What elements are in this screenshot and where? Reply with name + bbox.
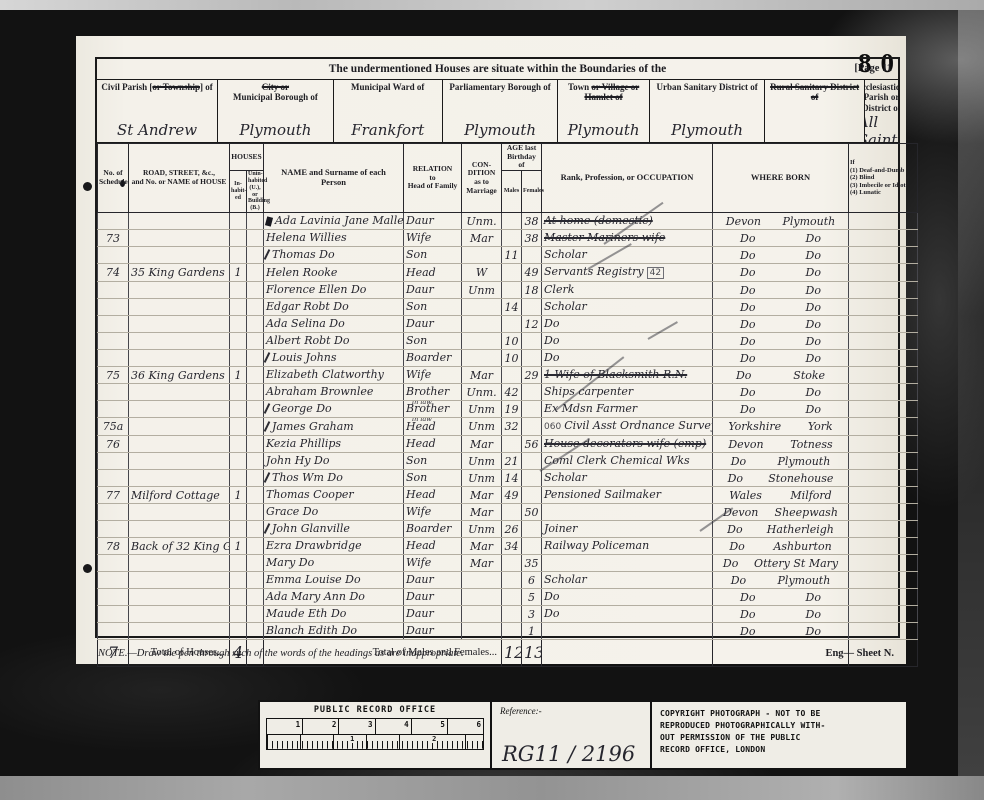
cell-name: John Glanville	[264, 521, 404, 538]
cell-occupation	[542, 504, 713, 521]
cell-relation: Head	[404, 487, 462, 504]
cell-where-born: DoHatherleigh	[713, 521, 849, 538]
cell-condition	[462, 299, 502, 316]
cell-infirmity	[849, 589, 918, 606]
header-occupation: Rank, Profession, or OCCUPATION	[542, 144, 713, 213]
cell-schedule	[98, 572, 129, 589]
scanned-census-page: 80 The undermentioned Houses are situate…	[0, 0, 984, 800]
cell-condition: Mar	[462, 367, 502, 384]
cell-name: Ada Lavinia Jane Mallett	[264, 213, 404, 230]
pro-title: PUBLIC RECORD OFFICE	[266, 705, 484, 715]
cell-uninhabited	[247, 470, 264, 487]
cell-relation: Wife	[404, 367, 462, 384]
cell-name: Emma Louise Do	[264, 572, 404, 589]
cell-age-female: 38	[522, 230, 542, 247]
cell-inhabited	[230, 555, 247, 572]
cell-condition: Unm	[462, 418, 502, 436]
cell-occupation: 060Civil Asst Ordnance Survey	[542, 418, 713, 436]
cell-schedule	[98, 384, 129, 401]
cell-name: James Graham	[264, 418, 404, 436]
cell-condition	[462, 572, 502, 589]
cell-road	[129, 299, 230, 316]
cell-infirmity	[849, 453, 918, 470]
civil-parish-label: Civil Parish [or Township] of	[101, 82, 212, 92]
cell-condition	[462, 247, 502, 264]
cell-name: Edgar Robt Do	[264, 299, 404, 316]
cell-relation: Daur	[404, 213, 462, 230]
cell-uninhabited	[247, 555, 264, 572]
cell-where-born: DoDo	[713, 589, 849, 606]
cell-infirmity	[849, 213, 918, 230]
cell-inhabited	[230, 418, 247, 436]
census-row: John Hy Do Son Unm 21 Coml Clerk Chemica…	[98, 453, 918, 470]
cell-age-male	[502, 504, 522, 521]
cell-occupation: Railway Policeman	[542, 538, 713, 555]
cell-age-female: 5	[522, 589, 542, 606]
header-houses: HOUSES	[230, 144, 264, 171]
cell-infirmity	[849, 521, 918, 538]
cell-occupation: Scholar	[542, 247, 713, 264]
punch-hole	[83, 182, 92, 191]
district-header: Civil Parish [or Township] of St Andrew …	[97, 80, 898, 143]
cell-relation: Son	[404, 299, 462, 316]
parliamentary-borough-value: Plymouth	[464, 121, 536, 139]
cell-where-born: DoAshburton	[713, 538, 849, 555]
cell-infirmity	[849, 572, 918, 589]
cell-condition: Mar	[462, 436, 502, 453]
census-row: Edgar Robt Do Son 14 Scholar DoDo	[98, 299, 918, 316]
cell-infirmity	[849, 623, 918, 640]
cell-name: Thomas Cooper	[264, 487, 404, 504]
cell-relation: Daur	[404, 623, 462, 640]
scan-edge-right	[958, 10, 984, 776]
cell-uninhabited	[247, 572, 264, 589]
header-relation: RELATION to Head of Family	[404, 144, 462, 213]
cell-infirmity	[849, 333, 918, 350]
cell-condition	[462, 333, 502, 350]
cell-name: Florence Ellen Do	[264, 282, 404, 299]
rural-sanitary-field: Rural Sanitary District of	[765, 80, 865, 142]
cell-relation: Son	[404, 247, 462, 264]
scan-edge-top	[0, 0, 984, 10]
cell-inhabited	[230, 606, 247, 623]
cell-uninhabited	[247, 247, 264, 264]
cell-infirmity	[849, 487, 918, 504]
cell-occupation: Do	[542, 606, 713, 623]
pencil-check-mark	[264, 249, 271, 260]
cell-uninhabited	[247, 230, 264, 247]
cell-name: Albert Robt Do	[264, 333, 404, 350]
cell-age-female	[522, 384, 542, 401]
cell-name: Elizabeth Clatworthy	[264, 367, 404, 384]
municipal-borough-value: Plymouth	[239, 121, 311, 139]
header-condition: CON- DITION as to Marriage	[462, 144, 502, 213]
header-road: ROAD, STREET, &c., and No. or NAME of HO…	[129, 144, 230, 213]
cell-uninhabited	[247, 333, 264, 350]
cell-age-female	[522, 350, 542, 367]
census-row: Albert Robt Do Son 10 Do DoDo	[98, 333, 918, 350]
cell-occupation: Scholar	[542, 299, 713, 316]
cell-where-born: DoDo	[713, 316, 849, 333]
cell-road: 36 King Gardens	[129, 367, 230, 384]
cell-age-male: 26	[502, 521, 522, 538]
cell-occupation: Coml Clerk Chemical Wks	[542, 453, 713, 470]
header-schedule: No. of Schedule	[98, 144, 129, 213]
cell-relation: in lawHead	[404, 418, 462, 436]
cell-relation: Wife	[404, 230, 462, 247]
parliamentary-borough-label: Parliamentary Borough of	[449, 82, 550, 92]
cell-age-female: 56	[522, 436, 542, 453]
cell-name: Helena Willies	[264, 230, 404, 247]
cell-where-born: DevonSheepwash	[713, 504, 849, 521]
cell-relation: Daur	[404, 316, 462, 333]
pencil-check-mark	[264, 523, 271, 534]
cell-age-male	[502, 316, 522, 333]
cell-infirmity	[849, 264, 918, 282]
cell-age-male	[502, 264, 522, 282]
cell-schedule	[98, 282, 129, 299]
cell-inhabited	[230, 521, 247, 538]
cell-occupation: Ships carpenter	[542, 384, 713, 401]
cell-where-born: DevonPlymouth	[713, 213, 849, 230]
cell-age-male: 32	[502, 418, 522, 436]
form-title: The undermentioned Houses are situate wi…	[97, 59, 898, 80]
cell-age-male	[502, 606, 522, 623]
cell-condition: Mar	[462, 555, 502, 572]
cell-condition	[462, 350, 502, 367]
cell-road	[129, 333, 230, 350]
cell-occupation: 1 Wife of Blacksmith R.N.	[542, 367, 713, 384]
cell-schedule	[98, 247, 129, 264]
cell-where-born: DoPlymouth	[713, 572, 849, 589]
cell-uninhabited	[247, 367, 264, 384]
cell-name: Maude Eth Do	[264, 606, 404, 623]
cell-schedule: 76	[98, 436, 129, 453]
cell-age-male: 49	[502, 487, 522, 504]
cell-name: Thomas Do	[264, 247, 404, 264]
cell-inhabited	[230, 436, 247, 453]
cell-condition: Unm.	[462, 384, 502, 401]
cell-uninhabited	[247, 623, 264, 640]
urban-sanitary-field: Urban Sanitary District of Plymouth	[650, 80, 766, 142]
cell-condition: Mar	[462, 504, 502, 521]
pencil-check-mark	[264, 403, 271, 414]
pro-reference-section: Reference:- RG11 / 2196	[492, 702, 652, 768]
cell-schedule: 75a	[98, 418, 129, 436]
cell-inhabited	[230, 247, 247, 264]
census-form-paper: 80 The undermentioned Houses are situate…	[76, 36, 906, 664]
header-born: WHERE BORN	[713, 144, 849, 213]
pro-ruler-section: PUBLIC RECORD OFFICE 1 2 3 4 5 6 1 2	[260, 702, 492, 768]
cell-inhabited	[230, 401, 247, 418]
cell-age-male	[502, 555, 522, 572]
civil-parish-field: Civil Parish [or Township] of St Andrew	[97, 80, 218, 142]
cell-condition: Unm.	[462, 213, 502, 230]
cell-road	[129, 606, 230, 623]
census-row: 77 Milford Cottage 1 Thomas Cooper Head …	[98, 487, 918, 504]
cell-road	[129, 436, 230, 453]
cell-age-female	[522, 299, 542, 316]
cell-schedule	[98, 453, 129, 470]
ecclesiastical-parish-value: All Saints	[865, 113, 898, 142]
cell-age-female: 12	[522, 316, 542, 333]
cell-road	[129, 504, 230, 521]
cell-relation: in lawBrother	[404, 401, 462, 418]
cell-age-female: 29	[522, 367, 542, 384]
town-hamlet-label: Town or Village or Hamlet of	[568, 82, 639, 103]
cell-uninhabited	[247, 436, 264, 453]
cell-inhabited	[230, 333, 247, 350]
civil-parish-value: St Andrew	[117, 121, 197, 139]
cell-relation: Boarder	[404, 521, 462, 538]
cell-infirmity	[849, 436, 918, 453]
cell-road	[129, 282, 230, 299]
page-number-label: [Page 11	[854, 59, 892, 79]
header-age: AGE last Birthday of	[502, 144, 542, 171]
cell-condition: W	[462, 264, 502, 282]
cell-inhabited	[230, 384, 247, 401]
census-row: 75 36 King Gardens 1 Elizabeth Clatworth…	[98, 367, 918, 384]
cell-uninhabited	[247, 606, 264, 623]
cell-infirmity	[849, 247, 918, 264]
cell-where-born: DoDo	[713, 247, 849, 264]
cell-age-male	[502, 282, 522, 299]
urban-sanitary-label: Urban Sanitary District of	[656, 82, 757, 92]
cell-road	[129, 384, 230, 401]
cell-where-born: DoDo	[713, 401, 849, 418]
cell-inhabited	[230, 282, 247, 299]
header-uninhabited: Unin- habited (U.), or Building (B.)	[247, 170, 264, 212]
cell-road	[129, 623, 230, 640]
census-row: Abraham Brownlee Brother Unm. 42 Ships c…	[98, 384, 918, 401]
cell-age-male	[502, 230, 522, 247]
cell-relation: Wife	[404, 504, 462, 521]
census-table: No. of Schedule ROAD, STREET, &c., and N…	[97, 143, 918, 667]
cell-road	[129, 418, 230, 436]
cell-uninhabited	[247, 453, 264, 470]
cell-schedule: 73	[98, 230, 129, 247]
cell-age-female	[522, 333, 542, 350]
cell-relation: Daur	[404, 282, 462, 299]
cell-uninhabited	[247, 350, 264, 367]
cell-condition: Unm	[462, 453, 502, 470]
cell-schedule	[98, 504, 129, 521]
cell-inhabited	[230, 623, 247, 640]
cell-infirmity	[849, 401, 918, 418]
cell-inhabited: 1	[230, 367, 247, 384]
census-row: Maude Eth Do Daur 3 Do DoDo	[98, 606, 918, 623]
cell-age-female	[522, 521, 542, 538]
punch-hole	[83, 564, 92, 573]
cell-name: Blanch Edith Do	[264, 623, 404, 640]
cell-age-male	[502, 623, 522, 640]
cell-where-born: WalesMilford	[713, 487, 849, 504]
census-row: Thomas Do Son 11 Scholar DoDo	[98, 247, 918, 264]
cell-where-born: DoDo	[713, 230, 849, 247]
cell-infirmity	[849, 350, 918, 367]
cell-name: Abraham Brownlee	[264, 384, 404, 401]
cell-schedule	[98, 589, 129, 606]
cell-occupation: Clerk	[542, 282, 713, 299]
cell-road	[129, 247, 230, 264]
ecclesiastical-parish-label: Ecclesiastical Parish or District of	[865, 82, 898, 113]
cell-schedule	[98, 213, 129, 230]
cell-uninhabited	[247, 213, 264, 230]
municipal-borough-label: City or Municipal Borough of	[233, 82, 318, 103]
pro-reference-box: PUBLIC RECORD OFFICE 1 2 3 4 5 6 1 2 Ref…	[258, 700, 908, 770]
cell-where-born: DoDo	[713, 282, 849, 299]
cell-where-born: DoDo	[713, 623, 849, 640]
cell-road	[129, 401, 230, 418]
cell-age-male: 21	[502, 453, 522, 470]
cell-name: Ezra Drawbridge	[264, 538, 404, 555]
census-row: Ada Lavinia Jane Mallett Daur Unm. 38 At…	[98, 213, 918, 230]
scan-edge-bottom	[0, 776, 984, 800]
cell-inhabited	[230, 350, 247, 367]
cell-occupation	[542, 555, 713, 572]
cell-relation: Boarder	[404, 350, 462, 367]
cell-schedule	[98, 316, 129, 333]
cell-infirmity	[849, 470, 918, 487]
ruler-ticks: 1 2	[267, 735, 483, 749]
cell-age-male	[502, 589, 522, 606]
cell-where-born: DoDo	[713, 333, 849, 350]
census-row: Louis Johns Boarder 10 Do DoDo	[98, 350, 918, 367]
cell-schedule	[98, 401, 129, 418]
footer-note: NOTE.—Draw the pen through such of the w…	[98, 648, 464, 659]
cell-condition: Mar	[462, 538, 502, 555]
cell-where-born: DoOttery St Mary	[713, 555, 849, 572]
cell-where-born: DoDo	[713, 384, 849, 401]
cell-schedule	[98, 333, 129, 350]
sheet-label: Eng— Sheet N.	[825, 648, 894, 659]
census-row: 75a James Graham in lawHead Unm 32 060Ci…	[98, 418, 918, 436]
cell-inhabited	[230, 213, 247, 230]
cell-road	[129, 470, 230, 487]
cell-relation: Son	[404, 470, 462, 487]
cell-name: Grace Do	[264, 504, 404, 521]
cell-where-born: DoPlymouth	[713, 453, 849, 470]
cell-schedule	[98, 606, 129, 623]
cell-schedule	[98, 521, 129, 538]
cell-name: Ada Selina Do	[264, 316, 404, 333]
cell-uninhabited	[247, 589, 264, 606]
cell-schedule: 77	[98, 487, 129, 504]
cell-schedule	[98, 299, 129, 316]
cell-condition: Mar	[462, 487, 502, 504]
census-row: 73 Helena Willies Wife Mar 38 Master Mar…	[98, 230, 918, 247]
cell-road	[129, 453, 230, 470]
census-row: Ada Selina Do Daur 12 Do DoDo	[98, 316, 918, 333]
cell-infirmity	[849, 299, 918, 316]
cell-age-male	[502, 572, 522, 589]
reference-value: RG11 / 2196	[502, 742, 635, 766]
cell-inhabited	[230, 470, 247, 487]
cell-inhabited: 1	[230, 487, 247, 504]
cell-uninhabited	[247, 384, 264, 401]
cell-age-male: 14	[502, 470, 522, 487]
form-title-text: The undermentioned Houses are situate wi…	[329, 63, 666, 75]
cell-schedule: 78	[98, 538, 129, 555]
cell-occupation: Do	[542, 333, 713, 350]
cell-name: George Do	[264, 401, 404, 418]
cell-occupation: Scholar	[542, 470, 713, 487]
cell-road	[129, 350, 230, 367]
cell-inhabited	[230, 453, 247, 470]
cell-road: 35 King Gardens	[129, 264, 230, 282]
cell-relation: Son	[404, 453, 462, 470]
cell-infirmity	[849, 367, 918, 384]
cell-schedule: 74	[98, 264, 129, 282]
cell-age-male	[502, 213, 522, 230]
cell-infirmity	[849, 555, 918, 572]
cell-infirmity	[849, 230, 918, 247]
cell-infirmity	[849, 418, 918, 436]
cell-inhabited: 1	[230, 538, 247, 555]
town-hamlet-value: Plymouth	[568, 121, 640, 139]
cell-infirmity	[849, 538, 918, 555]
cell-occupation	[542, 623, 713, 640]
cell-where-born: DoDo	[713, 350, 849, 367]
cell-name: Ada Mary Ann Do	[264, 589, 404, 606]
header-infirmity: If (1) Deaf-and-Dumb (2) Blind (3) Imbec…	[849, 144, 918, 213]
cell-age-female: 1	[522, 623, 542, 640]
cell-schedule	[98, 470, 129, 487]
municipal-ward-value: Frankfort	[351, 121, 424, 139]
cell-road	[129, 213, 230, 230]
cell-road: Milford Cottage	[129, 487, 230, 504]
town-hamlet-field: Town or Village or Hamlet of Plymouth	[558, 80, 650, 142]
rural-sanitary-label: Rural Sanitary District of	[767, 82, 862, 103]
cell-infirmity	[849, 606, 918, 623]
cell-occupation: Scholar	[542, 572, 713, 589]
cell-condition: Unm	[462, 401, 502, 418]
cell-inhabited	[230, 572, 247, 589]
cell-age-male	[502, 436, 522, 453]
cell-road	[129, 521, 230, 538]
cell-name: John Hy Do	[264, 453, 404, 470]
cell-inhabited	[230, 316, 247, 333]
census-row: George Do in lawBrother Unm 19 Ex Mdsn F…	[98, 401, 918, 418]
cell-occupation: Servants Registry42	[542, 264, 713, 282]
pencil-check-mark	[265, 217, 273, 227]
cell-inhabited	[230, 230, 247, 247]
municipal-ward-label: Municipal Ward of	[351, 82, 424, 92]
census-form: The undermentioned Houses are situate wi…	[95, 57, 900, 638]
pro-copyright-notice: COPYRIGHT PHOTOGRAPH - NOT TO BE REPRODU…	[652, 702, 906, 768]
cell-road: Back of 32 King Gdns	[129, 538, 230, 555]
urban-sanitary-value: Plymouth	[671, 121, 743, 139]
cell-age-male: 34	[502, 538, 522, 555]
cell-condition	[462, 606, 502, 623]
cell-relation: Head	[404, 264, 462, 282]
cell-occupation: Do	[542, 589, 713, 606]
cell-age-female: 49	[522, 264, 542, 282]
census-row: Blanch Edith Do Daur 1 DoDo	[98, 623, 918, 640]
ruler-inches: 1 2 3 4 5 6	[267, 719, 483, 735]
cell-age-male: 14	[502, 299, 522, 316]
footer-note-row: NOTE.—Draw the pen through such of the w…	[98, 648, 894, 659]
cell-infirmity	[849, 384, 918, 401]
cell-name: Louis Johns	[264, 350, 404, 367]
cell-road	[129, 230, 230, 247]
cell-infirmity	[849, 316, 918, 333]
cell-condition: Unm	[462, 470, 502, 487]
header-name: NAME and Surname of each Person	[264, 144, 404, 213]
cell-age-female: 3	[522, 606, 542, 623]
cell-relation: Head	[404, 538, 462, 555]
cell-where-born: DoStoke	[713, 367, 849, 384]
